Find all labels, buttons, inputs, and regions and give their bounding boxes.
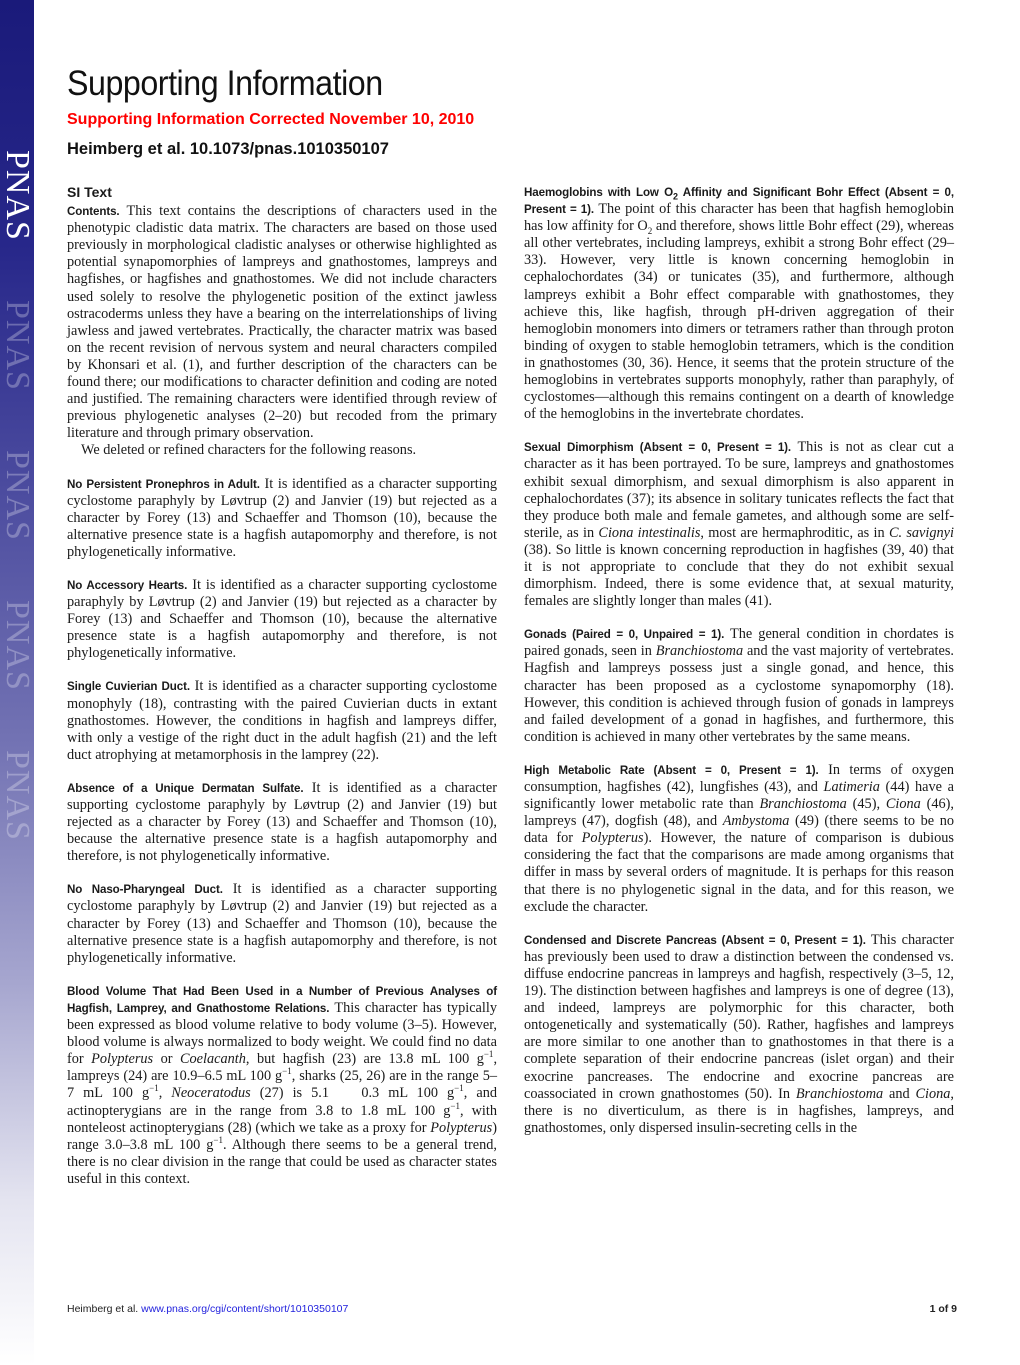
left-column: SI Text Contents. This text contains the… [67, 184, 497, 1204]
paragraph-contents: Contents. This text contains the descrip… [67, 203, 497, 442]
paragraph-blood-volume: Blood Volume That Had Been Used in a Num… [67, 983, 497, 1188]
paragraph-haemoglobins: Haemoglobins with Low O2 Affinity and Si… [524, 184, 954, 423]
pnas-watermark: PNAS [0, 450, 34, 590]
paragraph-naso-pharyngeal: No Naso-Pharyngeal Duct. It is identifie… [67, 881, 497, 966]
document-header: Supporting Information Supporting Inform… [67, 64, 474, 159]
pnas-watermark: PNAS [0, 300, 34, 440]
citation-doi: Heimberg et al. 10.1073/pnas.1010350107 [67, 139, 474, 159]
pnas-logo: PNAS [0, 150, 34, 290]
paragraph-cuvierian-duct: Single Cuvierian Duct. It is identified … [67, 678, 497, 763]
paragraph-metabolic-rate: High Metabolic Rate (Absent = 0, Present… [524, 762, 954, 916]
paragraph-deleted-intro: We deleted or refined characters for the… [67, 442, 497, 459]
footer-article-link[interactable]: www.pnas.org/cgi/content/short/101035010… [141, 1303, 348, 1315]
paragraph-sexual-dimorphism: Sexual Dimorphism (Absent = 0, Present =… [524, 439, 954, 610]
pnas-sidebar-banner: PNAS PNAS PNAS PNAS PNAS [0, 0, 34, 1365]
footer-authors: Heimberg et al. [67, 1303, 141, 1315]
pnas-watermark: PNAS [0, 750, 34, 890]
paragraph-dermatan-sulfate: Absence of a Unique Dermatan Sulfate. It… [67, 780, 497, 865]
lead-contents: Contents. [67, 205, 120, 218]
page-number: 1 of 9 [930, 1303, 957, 1315]
page-title: Supporting Information [67, 64, 442, 104]
section-heading-si-text: SI Text [67, 184, 497, 201]
paragraph-pronephros: No Persistent Pronephros in Adult. It is… [67, 476, 497, 561]
page-footer: Heimberg et al. www.pnas.org/cgi/content… [67, 1303, 957, 1315]
paragraph-pancreas: Condensed and Discrete Pancreas (Absent … [524, 932, 954, 1137]
right-column: Haemoglobins with Low O2 Affinity and Si… [524, 184, 954, 1153]
paragraph-accessory-hearts: No Accessory Hearts. It is identified as… [67, 577, 497, 662]
pnas-watermark: PNAS [0, 600, 34, 740]
correction-notice: Supporting Information Corrected Novembe… [67, 110, 474, 130]
paragraph-gonads: Gonads (Paired = 0, Unpaired = 1). The g… [524, 626, 954, 746]
